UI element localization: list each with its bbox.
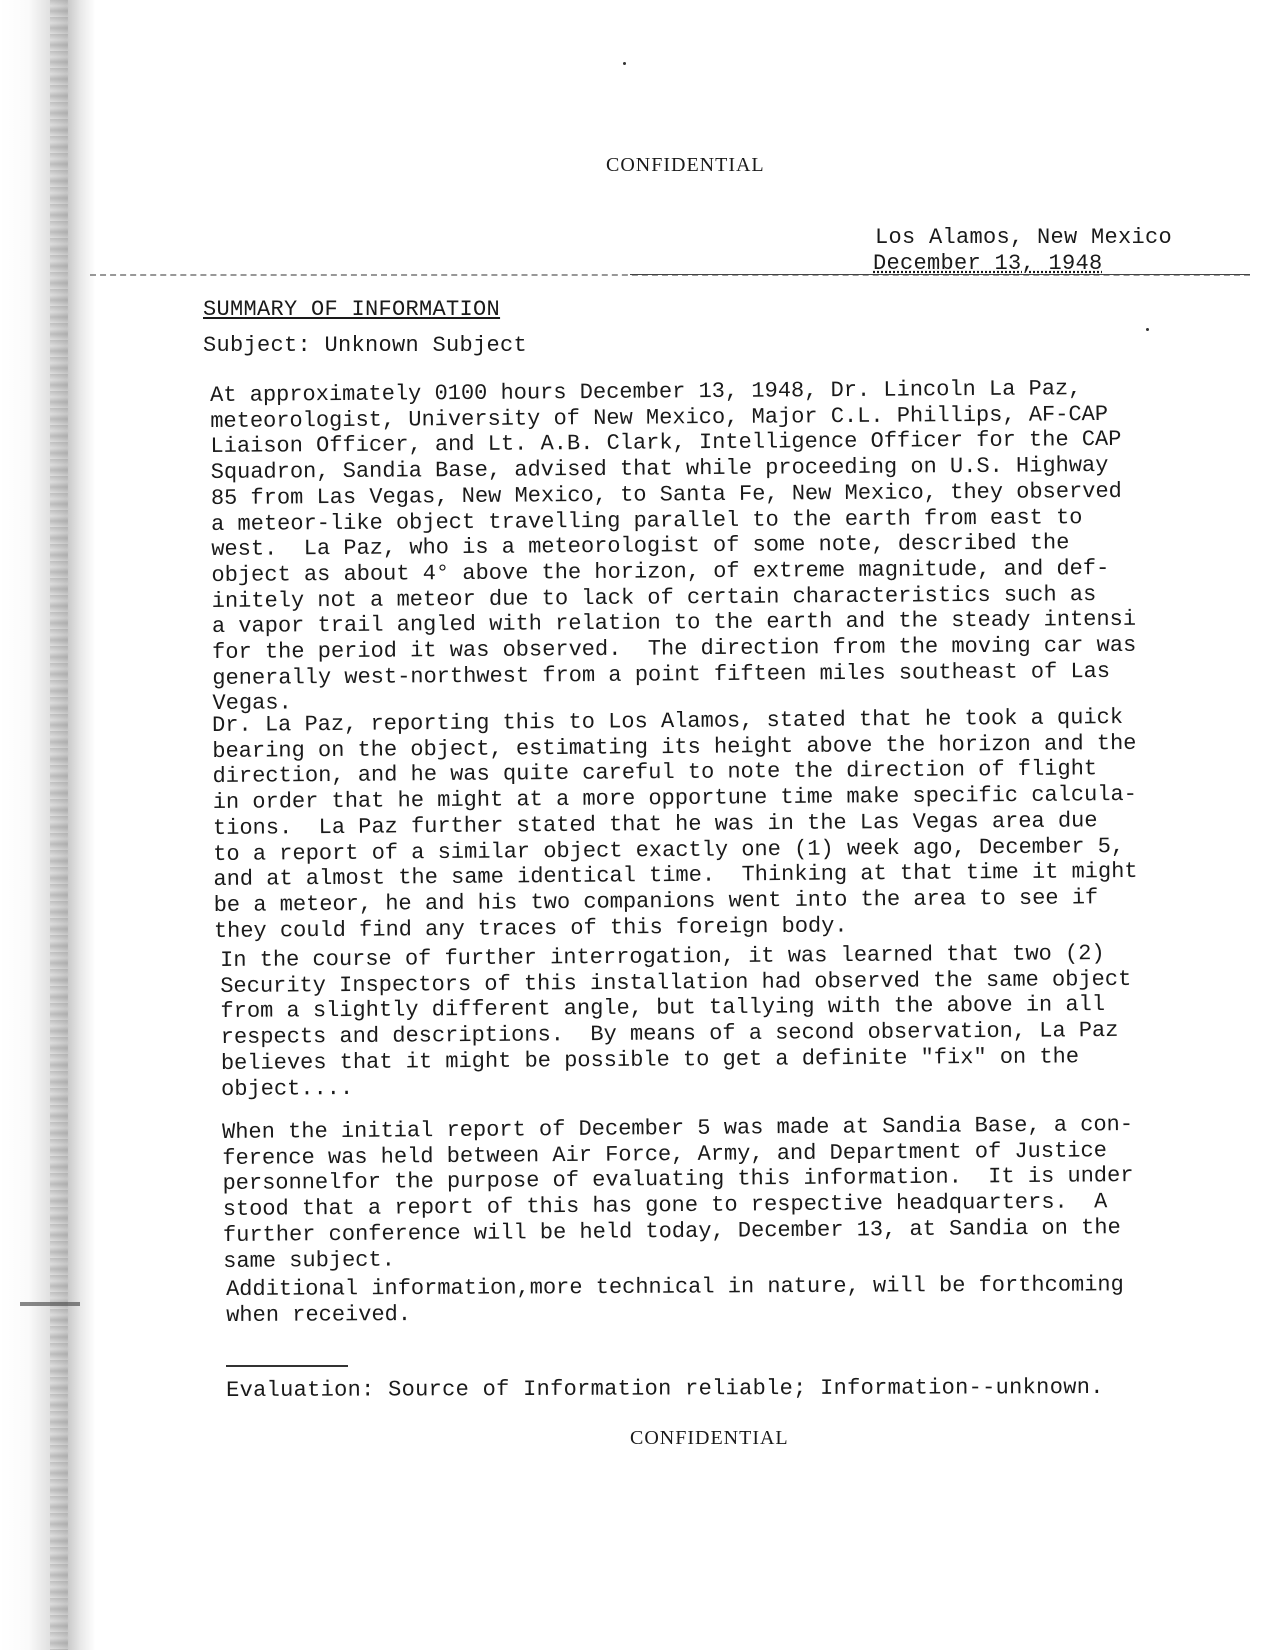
scan-artifact-mark [20, 1302, 80, 1306]
paragraph-1: At approximately 0100 hours December 13,… [210, 376, 1137, 717]
document-subject: Subject: Unknown Subject [203, 333, 527, 359]
evaluation-statement: Evaluation: Source of Information reliab… [226, 1375, 1104, 1404]
classification-footer: CONFIDENTIAL [630, 1425, 789, 1451]
evaluation-divider [226, 1365, 348, 1367]
scan-binding-edge [0, 0, 95, 1650]
paragraph-line: Additional information,more technical in… [226, 1272, 1124, 1302]
header-divider-solid [630, 274, 1250, 275]
classification-header: CONFIDENTIAL [606, 152, 765, 178]
paragraph-4: When the initial report of December 5 wa… [222, 1112, 1134, 1274]
document-place: Los Alamos, New Mexico [875, 225, 1172, 251]
scan-speck [623, 62, 626, 65]
scan-speck [1146, 328, 1149, 331]
paragraph-2: Dr. La Paz, reporting this to Los Alamos… [212, 705, 1138, 944]
paragraph-3: In the course of further interrogation, … [220, 941, 1132, 1102]
paragraph-line: when received. [226, 1298, 1124, 1328]
paragraph-5: Additional information,more technical in… [226, 1272, 1124, 1328]
document-title: SUMMARY OF INFORMATION [203, 297, 500, 323]
